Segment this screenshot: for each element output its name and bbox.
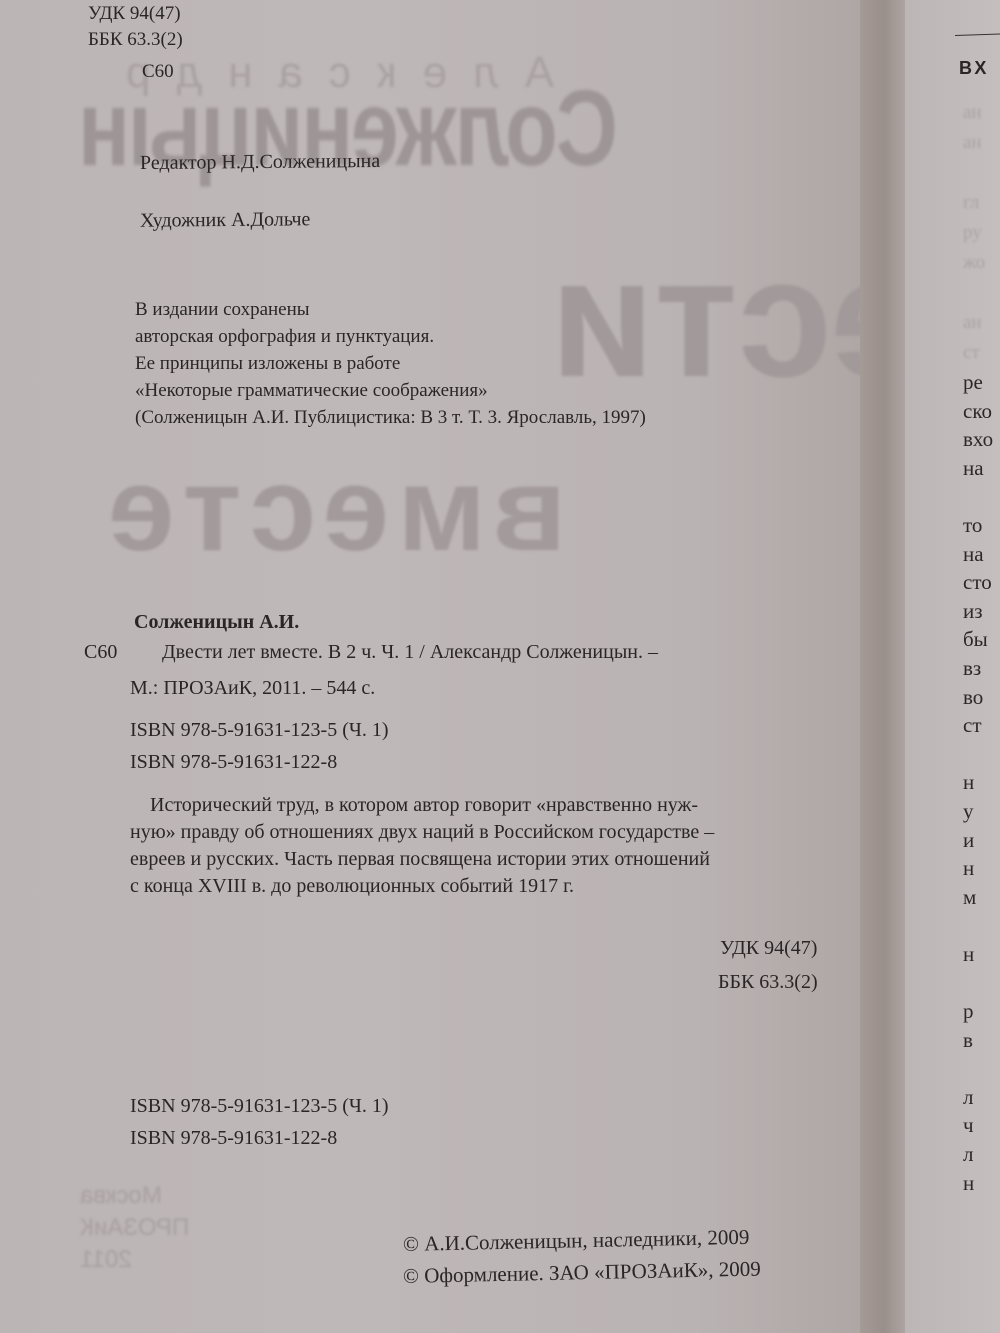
- artist-credit: Художник А.Дольче: [140, 207, 311, 232]
- catalog-author-heading: Солженицын А.И.: [134, 610, 299, 634]
- chapter-rule: [955, 33, 1000, 36]
- author-mark: С60: [142, 60, 174, 84]
- catalog-abstract: Исторический труд, в котором автор говор…: [130, 792, 830, 900]
- bottom-isbn-2: ISBN 978-5-91631-122-8: [130, 1126, 337, 1150]
- copyright-design: © Оформление. ЗАО «ПРОЗАиК», 2009: [403, 1257, 761, 1288]
- udk-code: УДК 94(47): [88, 2, 181, 26]
- right-page: ВХ ан ан гл ру жо ан ст ре ско вхо на то…: [905, 0, 1000, 1333]
- catalog-bib-line-2: М.: ПРОЗАиК, 2011. – 544 с.: [130, 676, 375, 700]
- show-through-title-end: вместе: [100, 440, 566, 578]
- editor-credit: Редактор Н.Д.Солженицына: [140, 149, 380, 175]
- catalog-author-mark: С60: [84, 640, 117, 664]
- catalog-bib-line-1: Двести лет вместе. В 2 ч. Ч. 1 / Алексан…: [162, 640, 658, 664]
- book-gutter: [860, 0, 908, 1333]
- bbk-code: ББК 63.3(2): [88, 28, 183, 52]
- edition-note: В издании сохранены авторская орфография…: [135, 296, 646, 431]
- catalog-isbn-1: ISBN 978-5-91631-123-5 (Ч. 1): [130, 718, 389, 742]
- left-page: Александр Солженицын Двести вместе Москв…: [0, 0, 870, 1333]
- copyright-author: © А.И.Солженицын, наследники, 2009: [403, 1225, 750, 1256]
- show-through-imprint: Москва ПРОЗАиК 2011: [80, 1180, 189, 1276]
- chapter-heading-fragment: ВХ: [959, 58, 989, 79]
- bottom-isbn-1: ISBN 978-5-91631-123-5 (Ч. 1): [130, 1094, 389, 1118]
- catalog-udk: УДК 94(47): [720, 936, 817, 960]
- right-text-fragments: ре ско вхо на то на сто из бы вз во ст н…: [963, 368, 993, 1197]
- catalog-bbk: ББК 63.3(2): [718, 970, 818, 994]
- right-show-through: ан ан гл ру жо ан ст: [963, 98, 985, 368]
- catalog-isbn-2: ISBN 978-5-91631-122-8: [130, 750, 337, 774]
